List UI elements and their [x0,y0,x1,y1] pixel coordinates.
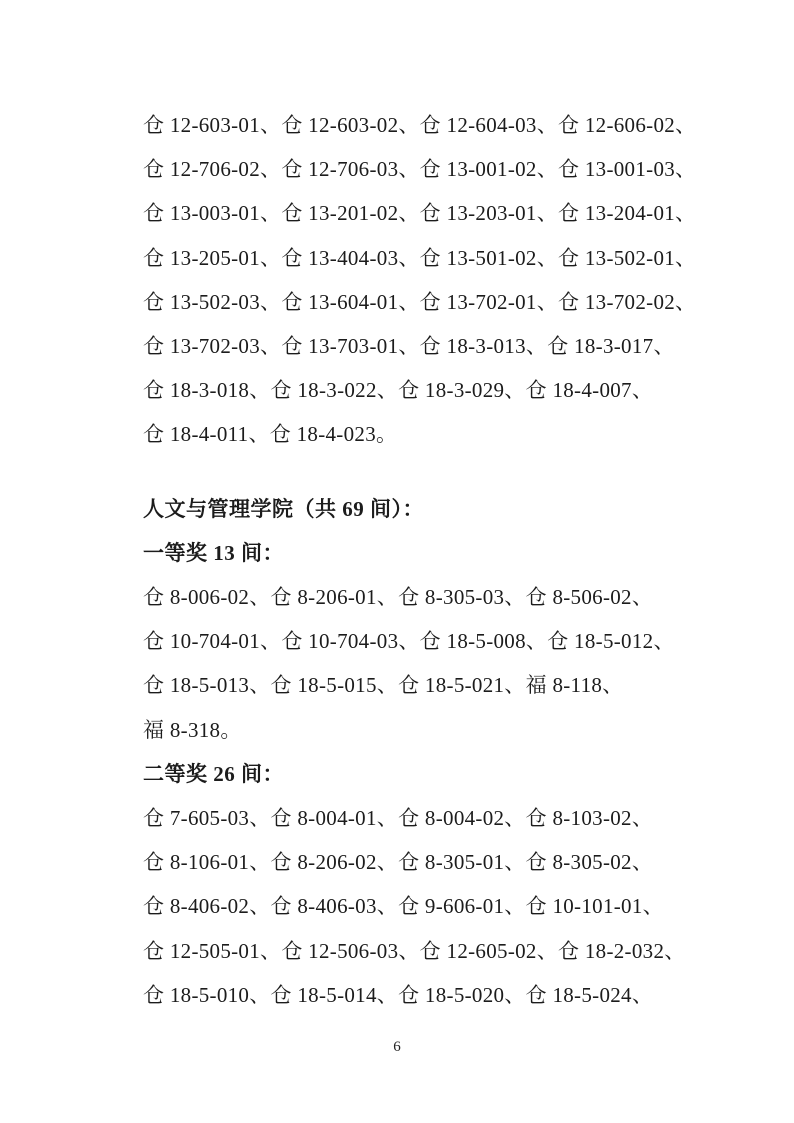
college-heading: 人文与管理学院（共 69 间）： [143,487,723,531]
room-list-line: 仓 7-605-03、仓 8-004-01、仓 8-004-02、仓 8-103… [143,796,723,840]
page-number: 6 [0,1036,794,1058]
room-list-line: 仓 12-603-01、仓 12-603-02、仓 12-604-03、仓 12… [143,103,723,147]
second-prize-heading: 二等奖 26 间： [143,752,723,796]
room-list-line: 仓 12-706-02、仓 12-706-03、仓 13-001-02、仓 13… [143,147,723,191]
room-list-line: 仓 18-5-010、仓 18-5-014、仓 18-5-020、仓 18-5-… [143,973,723,1017]
room-list-line: 仓 18-4-011、仓 18-4-023。 [143,412,723,456]
room-list-line: 仓 13-502-03、仓 13-604-01、仓 13-702-01、仓 13… [143,280,723,324]
first-prize-room-list: 仓 8-006-02、仓 8-206-01、仓 8-305-03、仓 8-506… [143,575,723,752]
room-list-line: 仓 13-205-01、仓 13-404-03、仓 13-501-02、仓 13… [143,236,723,280]
room-list-line: 仓 10-704-01、仓 10-704-03、仓 18-5-008、仓 18-… [143,619,723,663]
room-list-continuation: 仓 12-603-01、仓 12-603-02、仓 12-604-03、仓 12… [143,103,723,457]
room-list-line: 仓 13-702-03、仓 13-703-01、仓 18-3-013、仓 18-… [143,324,723,368]
document-content: 仓 12-603-01、仓 12-603-02、仓 12-604-03、仓 12… [143,103,723,1017]
document-page: 仓 12-603-01、仓 12-603-02、仓 12-604-03、仓 12… [0,0,794,1123]
room-list-line: 仓 8-406-02、仓 8-406-03、仓 9-606-01、仓 10-10… [143,884,723,928]
first-prize-heading: 一等奖 13 间： [143,531,723,575]
room-list-line: 仓 18-5-013、仓 18-5-015、仓 18-5-021、福 8-118… [143,663,723,707]
section-spacer [143,457,723,487]
second-prize-room-list: 仓 7-605-03、仓 8-004-01、仓 8-004-02、仓 8-103… [143,796,723,1017]
room-list-line: 仓 8-006-02、仓 8-206-01、仓 8-305-03、仓 8-506… [143,575,723,619]
room-list-line: 福 8-318。 [143,708,723,752]
room-list-line: 仓 13-003-01、仓 13-201-02、仓 13-203-01、仓 13… [143,191,723,235]
room-list-line: 仓 12-505-01、仓 12-506-03、仓 12-605-02、仓 18… [143,929,723,973]
room-list-line: 仓 18-3-018、仓 18-3-022、仓 18-3-029、仓 18-4-… [143,368,723,412]
room-list-line: 仓 8-106-01、仓 8-206-02、仓 8-305-01、仓 8-305… [143,840,723,884]
